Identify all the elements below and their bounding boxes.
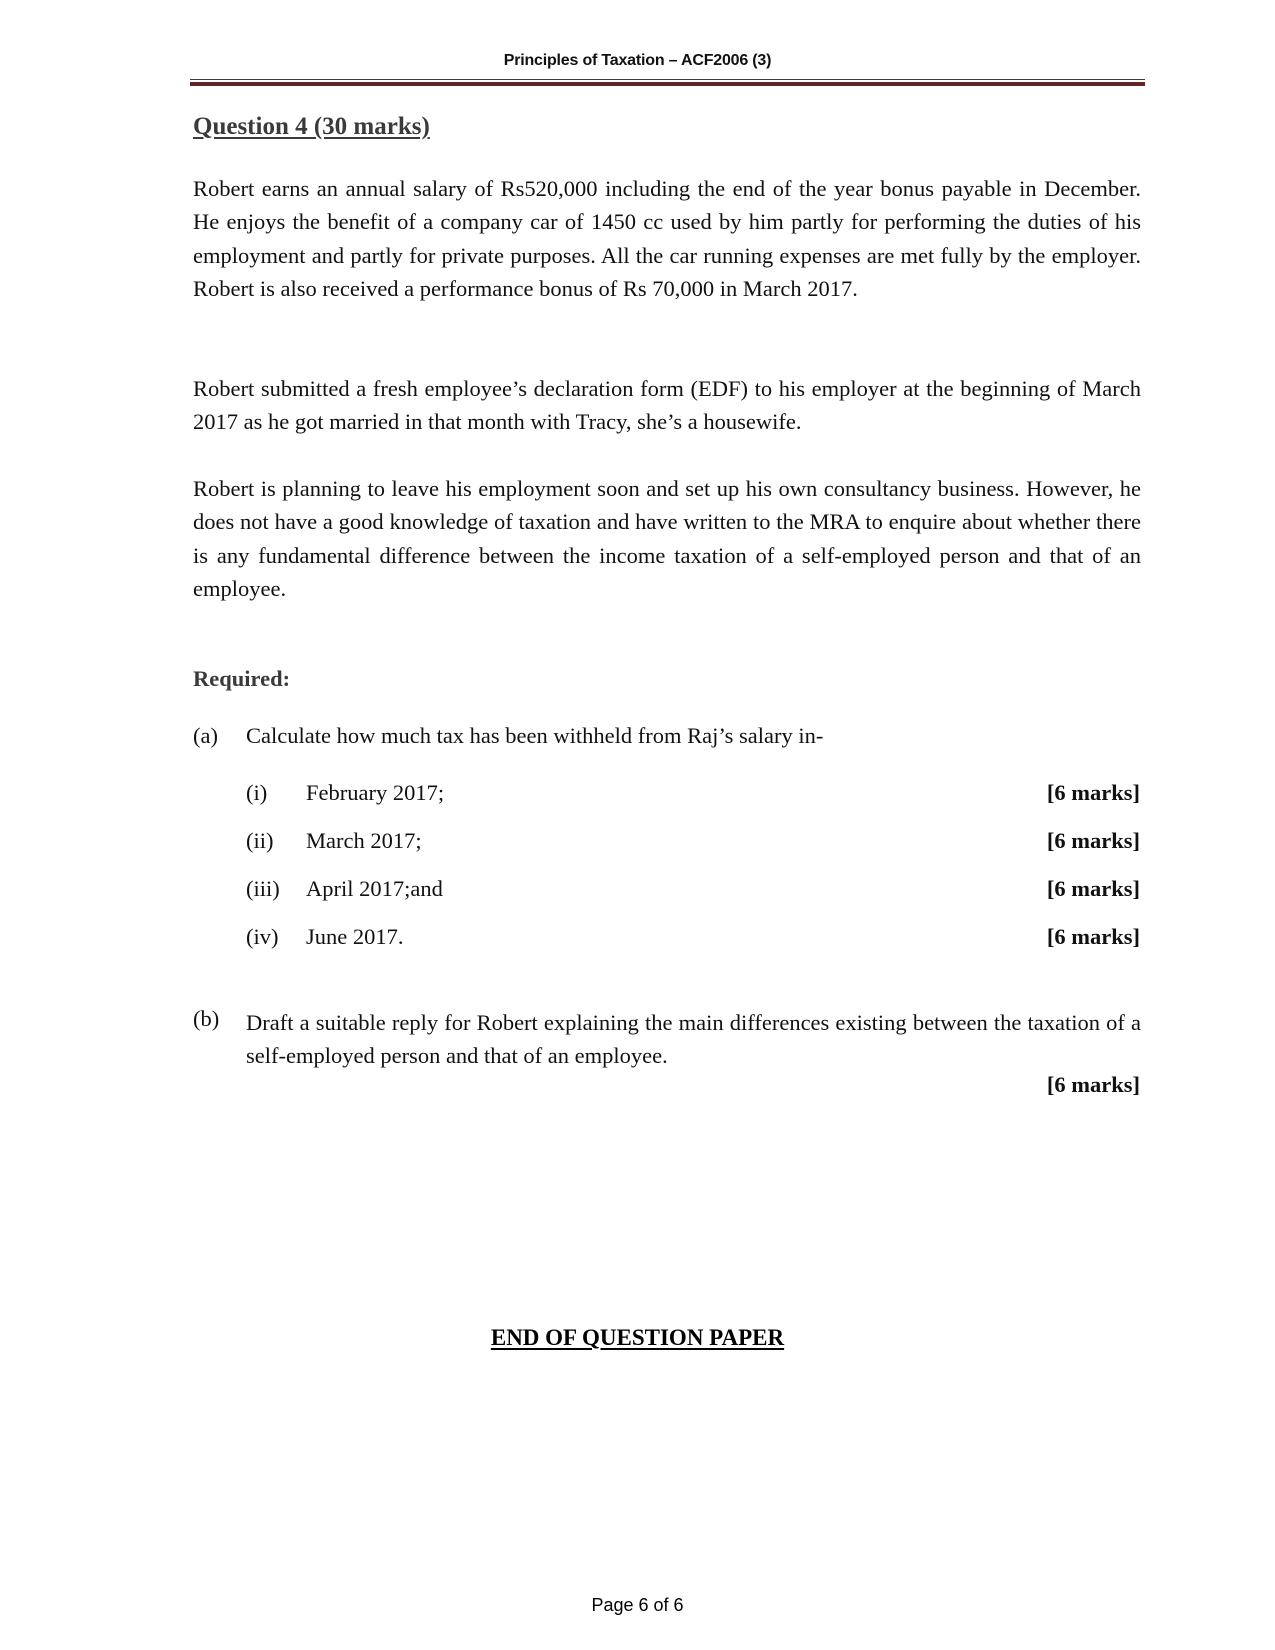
page-number-footer: Page 6 of 6 (0, 1595, 1275, 1616)
subpart-iv-marks: [6 marks] (1047, 924, 1140, 950)
subpart-i-marks: [6 marks] (1047, 780, 1140, 806)
subpart-iii-marks: [6 marks] (1047, 876, 1140, 902)
subpart-iv-text: June 2017. (306, 924, 404, 950)
subpart-ii-text: March 2017; (306, 828, 422, 854)
header-rule-thin (190, 79, 1145, 80)
subpart-iv-label: (iv) (246, 924, 279, 950)
subpart-ii-label: (ii) (246, 828, 274, 854)
scenario-paragraph-1: Robert earns an annual salary of Rs520,0… (193, 172, 1141, 305)
subpart-iii-label: (iii) (246, 876, 280, 902)
subpart-i-label: (i) (246, 780, 267, 806)
scenario-paragraph-2: Robert submitted a fresh employee’s decl… (193, 372, 1141, 439)
running-header-title: Principles of Taxation – ACF2006 (3) (0, 52, 1275, 70)
part-a-label: (a) (193, 723, 218, 749)
scenario-paragraph-3: Robert is planning to leave his employme… (193, 472, 1141, 605)
subpart-i-text: February 2017; (306, 780, 444, 806)
part-b-label: (b) (193, 1006, 219, 1032)
required-label: Required: (193, 666, 290, 692)
part-b-text: Draft a suitable reply for Robert explai… (246, 1006, 1141, 1073)
end-of-paper-label: END OF QUESTION PAPER (0, 1325, 1275, 1351)
header-rule-thick (190, 82, 1145, 86)
part-a-text: Calculate how much tax has been withheld… (246, 723, 823, 749)
question-heading: Question 4 (30 marks) (193, 113, 430, 141)
subpart-ii-marks: [6 marks] (1047, 828, 1140, 854)
subpart-iii-text: April 2017;and (306, 876, 443, 902)
part-b-marks: [6 marks] (1047, 1072, 1140, 1098)
